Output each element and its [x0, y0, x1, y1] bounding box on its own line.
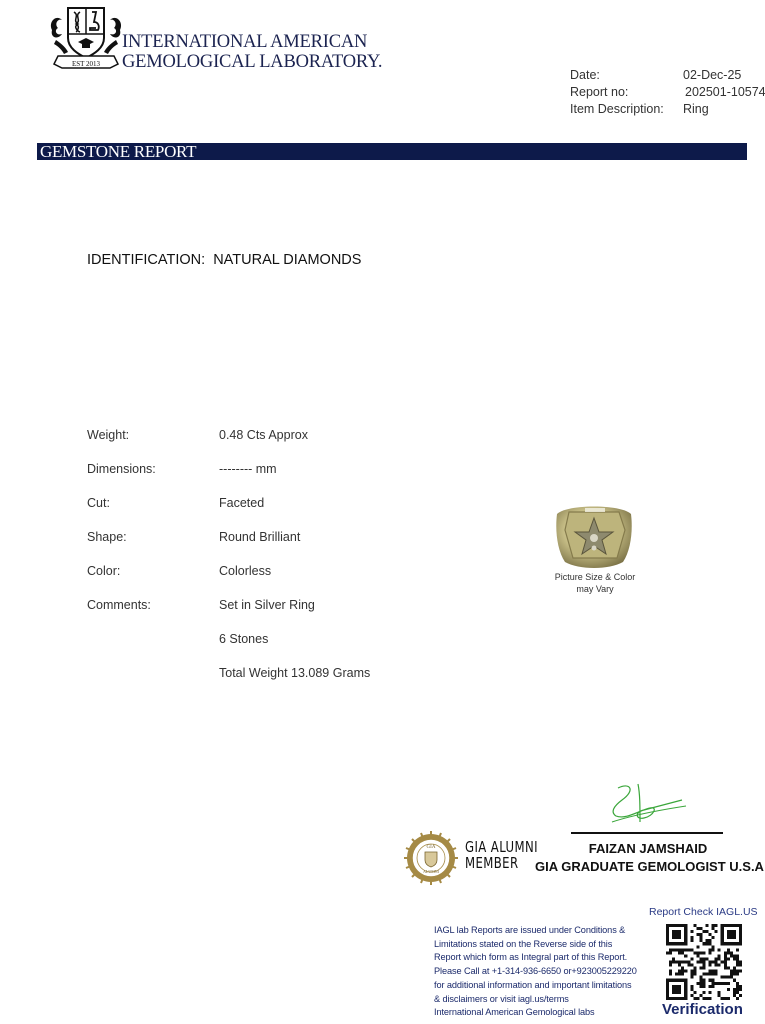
- meta-label: Report no:: [570, 85, 628, 99]
- meta-label: Item Description:: [570, 102, 664, 116]
- detail-value: Total Weight 13.089 Grams: [219, 666, 370, 680]
- detail-row-total-weight: Total Weight 13.089 Grams: [87, 666, 407, 700]
- photo-caption-line1: Picture Size & Color: [545, 571, 645, 583]
- meta-row-date: Date: 02-Dec-25: [570, 68, 765, 85]
- detail-value: Colorless: [219, 564, 271, 578]
- disclaimer-text: IAGL lab Reports are issued under Condit…: [434, 924, 659, 1020]
- organization-name: INTERNATIONAL AMERICAN GEMOLOGICAL LABOR…: [122, 32, 382, 72]
- photo-caption: Picture Size & Color may Vary: [545, 571, 645, 595]
- gia-alumni-member-badge: GIA ALUMNI MEMBER: [465, 839, 538, 871]
- detail-label: Weight:: [87, 428, 129, 442]
- detail-label: Cut:: [87, 496, 110, 510]
- svg-text:EST 2013: EST 2013: [72, 60, 101, 68]
- signature-line: [571, 832, 723, 834]
- meta-value: Ring: [683, 102, 709, 116]
- gia-alumni-seal-icon: GIA ALUMNI: [404, 831, 458, 885]
- meta-label: Date:: [570, 68, 600, 82]
- report-check-link[interactable]: Report Check IAGL.US: [649, 906, 758, 918]
- photo-caption-line2: may Vary: [545, 583, 645, 595]
- detail-row-comments: Comments: Set in Silver Ring: [87, 598, 407, 632]
- gem-details: Weight: 0.48 Cts Approx Dimensions: ----…: [87, 428, 407, 700]
- detail-label: Shape:: [87, 530, 127, 544]
- signature-icon: [600, 780, 690, 830]
- detail-value: Round Brilliant: [219, 530, 300, 544]
- meta-value: 02-Dec-25: [683, 68, 741, 82]
- disclaimer-line: International American Gemological labs: [434, 1006, 659, 1020]
- qr-code-icon[interactable]: [666, 924, 742, 1000]
- detail-label: Color:: [87, 564, 120, 578]
- meta-row-item-description: Item Description: Ring: [570, 102, 765, 119]
- crest-logo-icon: EST 2013: [48, 4, 124, 72]
- disclaimer-line: IAGL lab Reports are issued under Condit…: [434, 924, 659, 938]
- signer-name: FAIZAN JAMSHAID: [570, 841, 726, 856]
- detail-value: 6 Stones: [219, 632, 268, 646]
- disclaimer-line: Limitations stated on the Reverse side o…: [434, 938, 659, 952]
- identification-heading: IDENTIFICATION: NATURAL DIAMONDS: [87, 252, 361, 268]
- org-name-line2: GEMOLOGICAL LABORATORY.: [122, 52, 382, 72]
- detail-value: 0.48 Cts Approx: [219, 428, 308, 442]
- gia-badge-line2: MEMBER: [465, 855, 538, 871]
- report-title: GEMSTONE REPORT: [40, 142, 196, 162]
- detail-row-shape: Shape: Round Brilliant: [87, 530, 407, 564]
- gia-badge-line1: GIA ALUMNI: [465, 839, 538, 855]
- report-title-banner: GEMSTONE REPORT: [37, 143, 747, 160]
- detail-row-stones: 6 Stones: [87, 632, 407, 666]
- detail-row-color: Color: Colorless: [87, 564, 407, 598]
- disclaimer-line: Please Call at +1-314-936-6650 or+923005…: [434, 965, 659, 979]
- detail-value: Set in Silver Ring: [219, 598, 315, 612]
- verification-label: Verification: [662, 1001, 743, 1018]
- svg-text:GIA: GIA: [427, 845, 436, 850]
- svg-text:ALUMNI: ALUMNI: [423, 869, 440, 874]
- disclaimer-line: for additional information and important…: [434, 979, 659, 993]
- report-meta: Date: 02-Dec-25 Report no: 202501-10574 …: [570, 68, 765, 119]
- meta-value: 202501-10574: [685, 85, 765, 99]
- detail-row-cut: Cut: Faceted: [87, 496, 407, 530]
- disclaimer-line: & disclaimers or visit iagl.us/terms: [434, 993, 659, 1007]
- detail-value: -------- mm: [219, 462, 277, 476]
- meta-row-report-no: Report no: 202501-10574: [570, 85, 765, 102]
- detail-label: Dimensions:: [87, 462, 156, 476]
- disclaimer-line: Report which form as Integral part of th…: [434, 951, 659, 965]
- detail-label: Comments:: [87, 598, 151, 612]
- org-name-line1: INTERNATIONAL AMERICAN: [122, 32, 382, 52]
- detail-value: Faceted: [219, 496, 264, 510]
- detail-row-weight: Weight: 0.48 Cts Approx: [87, 428, 407, 462]
- signer-title: GIA GRADUATE GEMOLOGIST U.S.A: [535, 859, 764, 874]
- detail-row-dimensions: Dimensions: -------- mm: [87, 462, 407, 496]
- ring-photo: [551, 500, 637, 570]
